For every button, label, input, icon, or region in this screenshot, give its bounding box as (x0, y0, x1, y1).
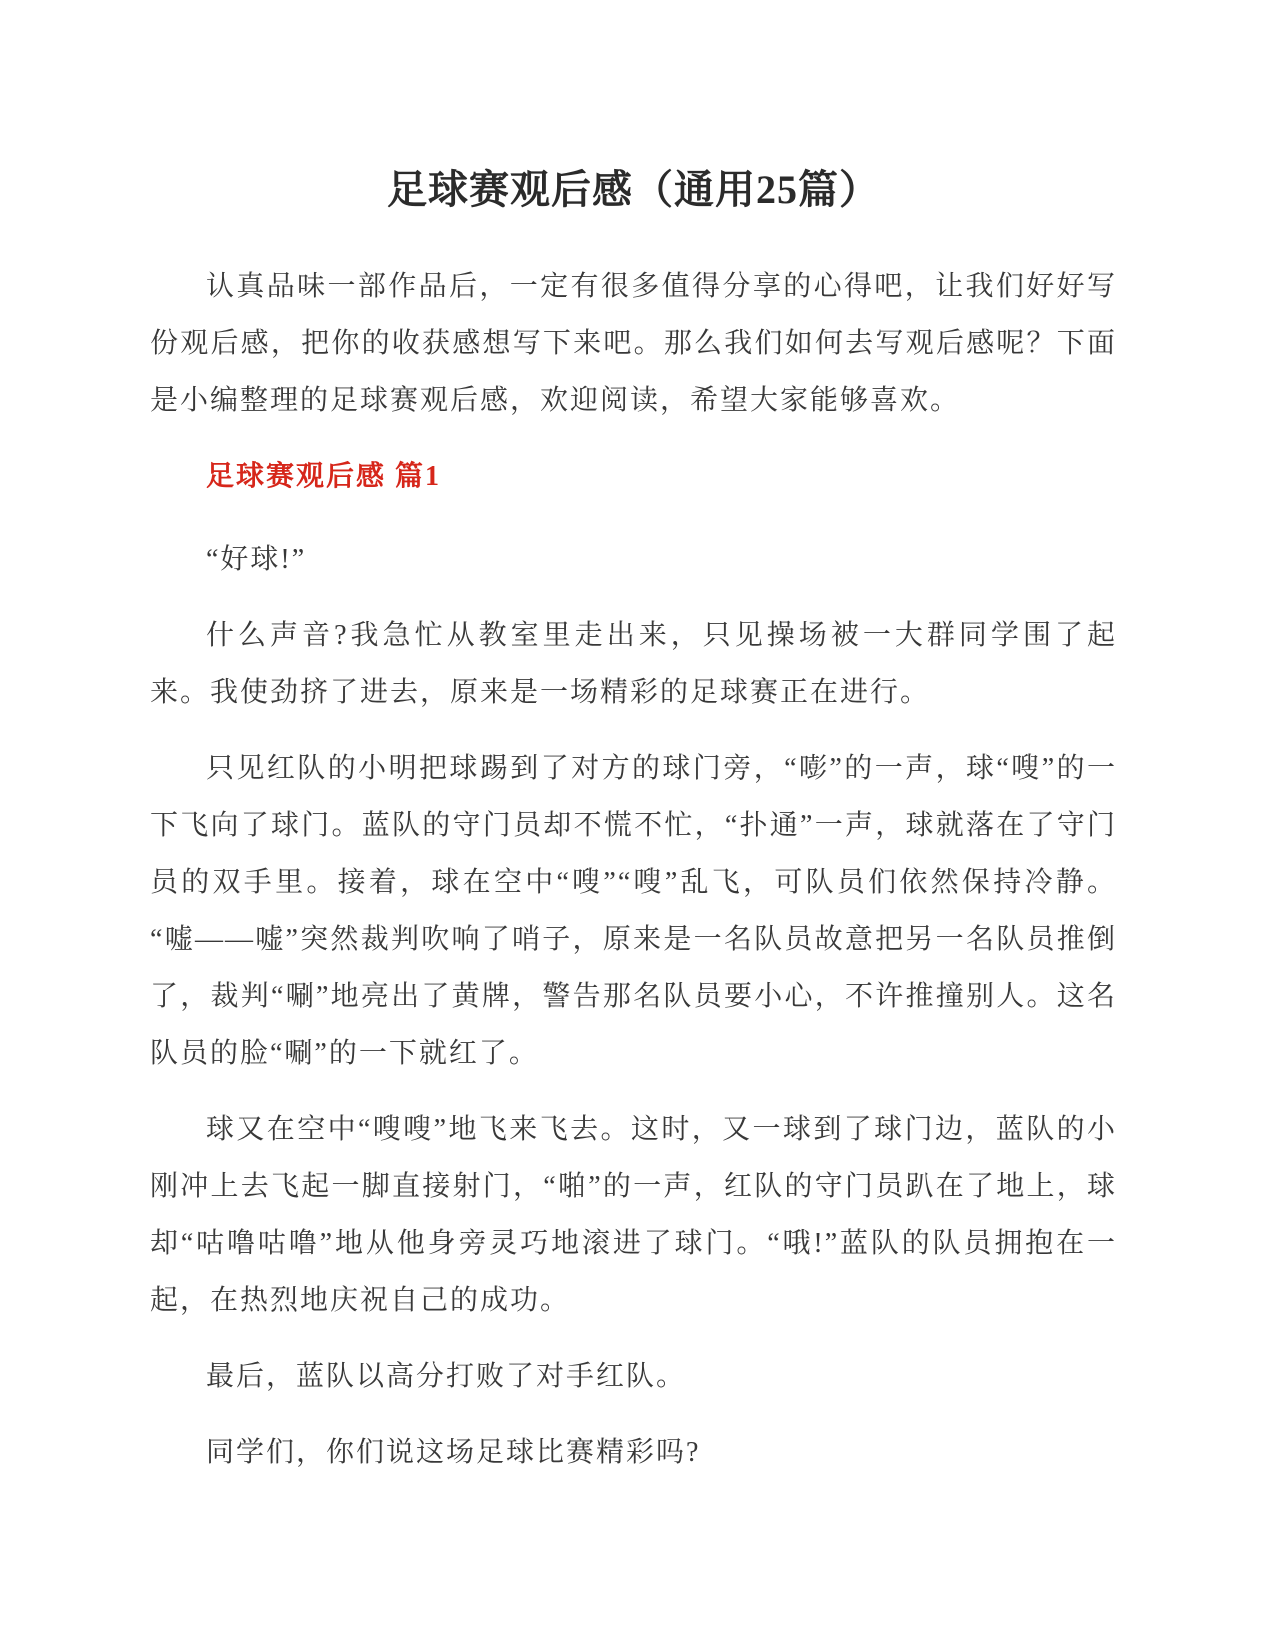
section-1-paragraph-6: 同学们，你们说这场足球比赛精彩吗? (150, 1424, 1117, 1481)
section-1-paragraph-4: 球又在空中“嗖嗖”地飞来飞去。这时，又一球到了球门边，蓝队的小刚冲上去飞起一脚直… (150, 1101, 1117, 1329)
intro-paragraph: 认真品味一部作品后，一定有很多值得分享的心得吧，让我们好好写份观后感，把你的收获… (150, 258, 1117, 429)
section-1-paragraph-5: 最后，蓝队以高分打败了对手红队。 (150, 1348, 1117, 1405)
section-1-paragraph-1: “好球!” (150, 531, 1117, 588)
document-title: 足球赛观后感（通用25篇） (150, 166, 1117, 214)
document-page: 足球赛观后感（通用25篇） 认真品味一部作品后，一定有很多值得分享的心得吧，让我… (0, 0, 1275, 1650)
section-1-heading: 足球赛观后感 篇1 (150, 448, 1117, 505)
section-1-paragraph-3: 只见红队的小明把球踢到了对方的球门旁，“嘭”的一声，球“嗖”的一下飞向了球门。蓝… (150, 740, 1117, 1082)
section-1-paragraph-2: 什么声音?我急忙从教室里走出来，只见操场被一大群同学围了起来。我使劲挤了进去，原… (150, 607, 1117, 721)
